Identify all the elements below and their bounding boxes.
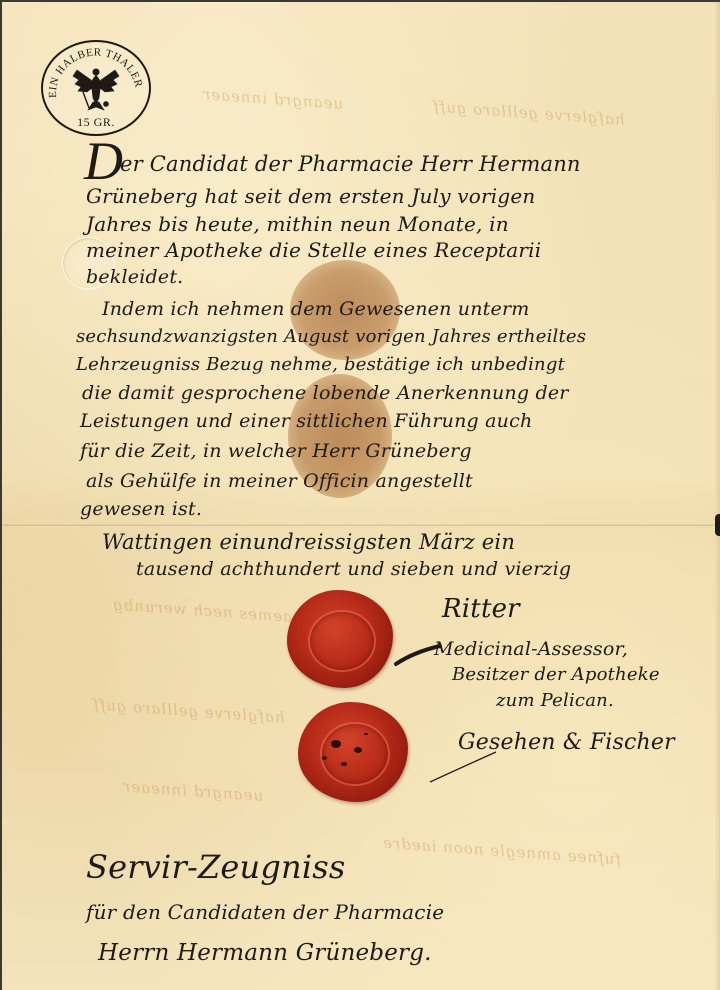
- document-title: Servir-Zeugniss: [86, 848, 346, 886]
- bleed-through-text: fufnee amnegle noon iaedre: [382, 834, 622, 869]
- bleed-through-text: hafglerve gelllaro guff: [92, 695, 286, 726]
- red-wax-seal: [298, 702, 408, 802]
- paper-notch: [715, 514, 720, 536]
- body-line: als Gehülfe in meiner Officin angestellt: [86, 470, 473, 492]
- dateline: Wattingen einundreissigsten März ein: [102, 530, 515, 554]
- signature-name: Ritter: [442, 594, 520, 624]
- body-line: sechsundzwanzigsten August vorigen Jahre…: [76, 326, 586, 347]
- stamp-value: 15 GR.: [43, 115, 149, 130]
- addressee-line: Herrn Hermann Grüneberg.: [98, 940, 432, 966]
- body-line: gewesen ist.: [80, 498, 202, 520]
- bleed-through-text: ueangrd inneaer: [122, 777, 264, 805]
- tax-stamp: EIN HALBER THALER 15 GR.: [41, 40, 151, 136]
- body-line: Grüneberg hat seit dem ersten July vorig…: [86, 184, 535, 208]
- fold-crease: [2, 524, 720, 527]
- bleed-through-text: paemes nech werunbg: [112, 595, 304, 626]
- addressee-line: für den Candidaten der Pharmacie: [86, 900, 444, 924]
- body-line: meiner Apotheke die Stelle eines Recepta…: [86, 238, 541, 262]
- body-line: die damit gesprochene lobende Anerkennun…: [82, 382, 569, 404]
- decorative-initial: D: [84, 134, 123, 188]
- body-line: für die Zeit, in welcher Herr Grüneberg: [80, 440, 472, 462]
- paper-edge: [714, 2, 720, 990]
- dateline: tausend achthundert und sieben und vierz…: [136, 558, 571, 580]
- body-line: Indem ich nehmen dem Gewesenen unterm: [102, 298, 529, 320]
- signature-flourish-icon: [426, 750, 506, 786]
- bleed-through-text: hafglerve gelllaro guff: [432, 97, 626, 128]
- body-line: er Candidat der Pharmacie Herr Hermann: [120, 152, 581, 176]
- body-line: Leistungen und einer sittlichen Führung …: [80, 410, 532, 432]
- bleed-through-text: ueangrd inneaer: [202, 85, 344, 113]
- body-line: bekleidet.: [86, 266, 183, 288]
- document-page: ueangrd inneaer hafglerve gelllaro guff …: [0, 0, 720, 990]
- signature-title: Besitzer der Apotheke: [452, 664, 660, 685]
- body-line: Lehrzeugniss Bezug nehme, bestätige ich …: [76, 354, 565, 375]
- red-wax-seal: [287, 590, 393, 688]
- body-line: Jahres bis heute, mithin neun Monate, in: [86, 212, 509, 236]
- signature-title: zum Pelican.: [496, 690, 614, 711]
- signature-title: Medicinal-Assessor,: [434, 638, 628, 660]
